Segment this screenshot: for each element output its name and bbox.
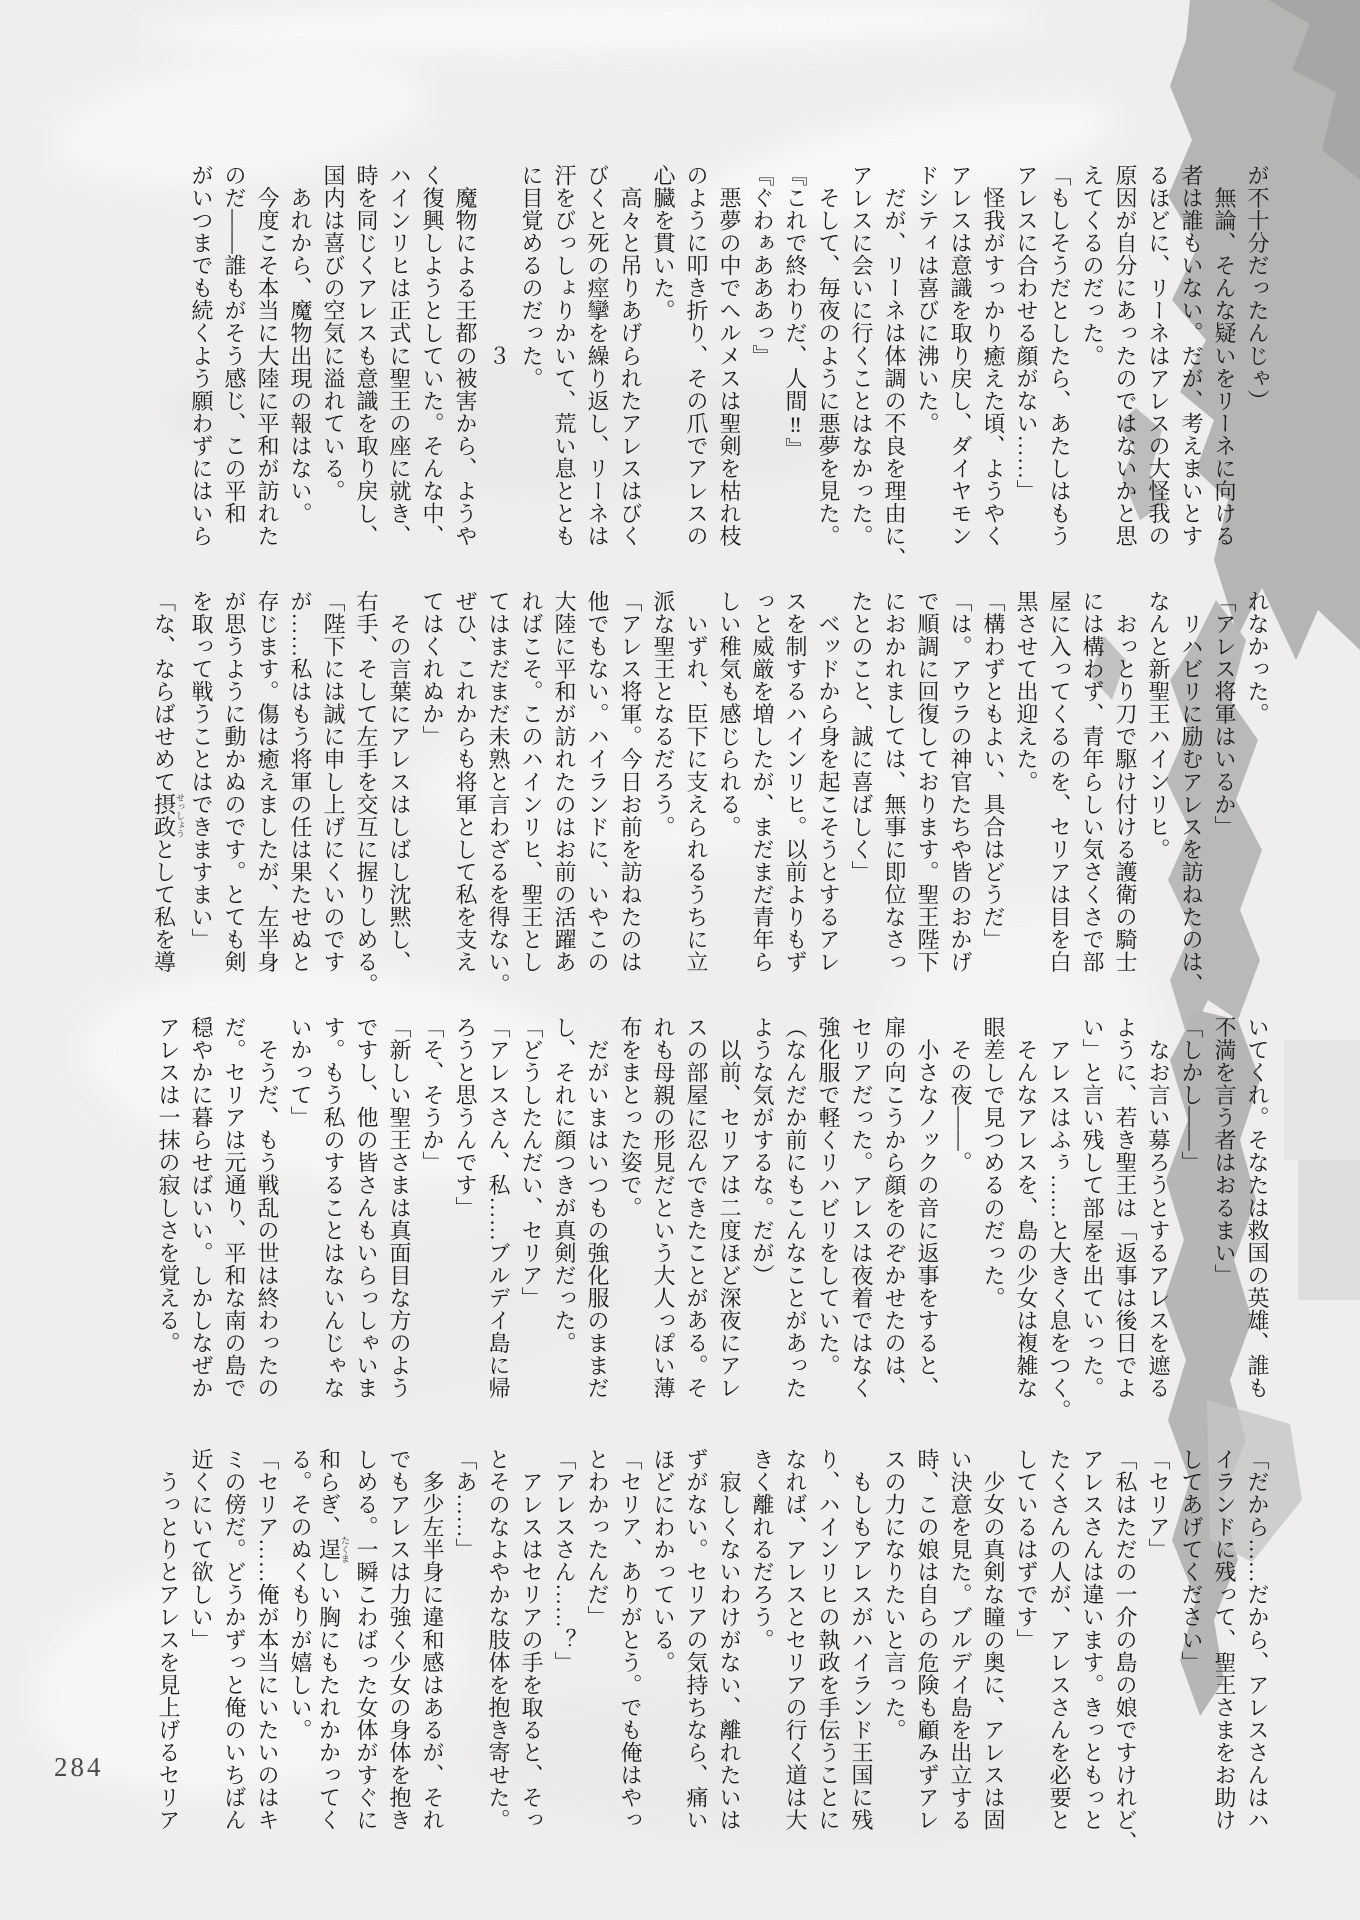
text-column: いずれ、臣下に支えられるうちに立 — [680, 590, 713, 972]
text-column: がいつまでも続くよう願わずにはいら — [185, 164, 218, 546]
text-column: 原因が自分にあったのではないかと思 — [1109, 164, 1142, 546]
text-column: 「陛下には誠に申し上げにくいのです — [317, 590, 350, 972]
text-column: 「構わずともよい、具合はどうだ」 — [977, 590, 1010, 972]
text-column: 「もしそうだとしたら、あたしはもう — [1043, 164, 1076, 546]
text-column: セリアだった。アレスは夜着ではなく — [845, 1016, 878, 1398]
text-column: が……私はもう将軍の任は果たせぬと — [284, 590, 317, 972]
text-column: ずがない。セリアの気持ちなら、痛い — [680, 1448, 713, 1830]
text-column: アレスに会いに行くことはなかった。 — [845, 164, 878, 546]
text-column: だがいまはいつもの強化服のままだ — [581, 1016, 614, 1398]
text-column: い」と言い残して部屋を出ていった。 — [1076, 1016, 1109, 1398]
text-column: 「私はただの一介の島の娘ですけれど、 — [1109, 1448, 1142, 1830]
text-band-3: いてくれ。そなたは救国の英雄、誰も不満を言う者はおるまい」「しかし――」 なお言… — [152, 1016, 1274, 1398]
text-column: 眼差しで見つめるのだった。 — [977, 1016, 1010, 1398]
text-column: 「そ、そうか」 — [416, 1016, 449, 1398]
text-column: 「セリア……俺が本当にいたいのはキ — [251, 1448, 284, 1830]
text-column: （なんだか前にもこんなことがあった — [779, 1016, 812, 1398]
text-column: い決意を見た。ブルデイ島を出立する — [944, 1448, 977, 1830]
text-column: ３ — [482, 164, 515, 546]
text-column: スの力になりたいと言った。 — [878, 1448, 911, 1830]
text-column: なんと新聖王ハインリヒ。 — [1142, 590, 1175, 972]
text-column: してあげてください」 — [1175, 1448, 1208, 1830]
text-column: きく離れるだろう。 — [746, 1448, 779, 1830]
text-column: イランドに残って、聖王さまをお助け — [1208, 1448, 1241, 1830]
text-column: だ。セリアは元通り、平和な南の島で — [218, 1016, 251, 1398]
text-column: ミの傍だ。どうかずっと俺のいちばん — [218, 1448, 251, 1830]
text-column: ように、若き聖王は「返事は後日でよ — [1109, 1016, 1142, 1398]
text-column: 魔物による王都の被害から、ようや — [449, 164, 482, 546]
text-column: ればこそ。このハインリヒ、聖王とし — [515, 590, 548, 972]
text-column: スを制するハインリヒ。以前よりもず — [779, 590, 812, 972]
text-column: アレスに合わせる顔がない……」 — [1010, 164, 1043, 546]
text-column: そうだ、もう戦乱の世は終わったの — [251, 1016, 284, 1398]
text-column: り、ハインリヒの執政を手伝うことに — [812, 1448, 845, 1830]
text-column: その言葉にアレスはしばし沈黙し、 — [383, 590, 416, 972]
text-band-2: れなかった。「アレス将軍はいるか」 リハビリに励むアレスを訪ねたのは、なんと新聖… — [152, 590, 1274, 972]
text-column: 近くにいて欲しい」 — [185, 1448, 218, 1830]
text-column: 多少左半身に違和感はあるが、それ — [416, 1448, 449, 1830]
text-column: 「な、ならばせめて摂政せっしょうとして私を導 — [152, 590, 185, 972]
text-column: っと威厳を増したが、まだまだ青年ら — [746, 590, 779, 972]
text-column: しい稚気も感じられる。 — [713, 590, 746, 972]
text-column: アレスさんは違います。きっともっと — [1076, 1448, 1109, 1830]
text-column: とわかったんだ」 — [581, 1448, 614, 1830]
text-column: 以前、セリアは二度ほど深夜にアレ — [713, 1016, 746, 1398]
text-column: 「は。アウラの神官たちや皆のおかげ — [944, 590, 977, 972]
text-column: 汗をびっしょりかいて、荒い息ととも — [548, 164, 581, 546]
text-column: で順調に回復しております。聖王陛下 — [911, 590, 944, 972]
text-column: リハビリに励むアレスを訪ねたのは、 — [1175, 590, 1208, 972]
text-band-4: 「だから……だから、アレスさんはハイランドに残って、聖王さまをお助けしてあげてく… — [152, 1448, 1274, 1830]
text-column: 存じます。傷は癒えましたが、左半身 — [251, 590, 284, 972]
text-column: 右手、そして左手を交互に握りしめる。 — [350, 590, 383, 972]
book-page: が不十分だったんじゃ） 無論、そんな疑いをリーネに向ける者は誰もいない。だが、考… — [0, 0, 1360, 1920]
text-column: しているはずです」 — [1010, 1448, 1043, 1830]
text-column: たとのこと、誠に喜ばしく」 — [845, 590, 878, 972]
text-column: アレスは一抹の寂しさを覚える。 — [152, 1016, 185, 1398]
text-column: 大陸に平和が訪れたのはお前の活躍あ — [548, 590, 581, 972]
text-column: 小さなノックの音に返事をすると、 — [911, 1016, 944, 1398]
text-column: に目覚めるのだった。 — [515, 164, 548, 546]
text-column: ろうと思うんです」 — [449, 1016, 482, 1398]
text-column: れも母親の形見だという大人っぽい薄 — [647, 1016, 680, 1398]
text-column: その夜――。 — [944, 1016, 977, 1398]
text-column: 他でもない。ハイランドに、いやこの — [581, 590, 614, 972]
text-column: 今度こそ本当に大陸に平和が訪れた — [251, 164, 284, 546]
text-column: 黒させて出迎えた。 — [1010, 590, 1043, 972]
text-column: 屋に入ってくるのを、セリアは目を白 — [1043, 590, 1076, 972]
text-column: 「どうしたんだい、セリア」 — [515, 1016, 548, 1398]
text-column: 無論、そんな疑いをリーネに向ける — [1208, 164, 1241, 546]
text-column: 時、この娘は自らの危険も顧みずアレ — [911, 1448, 944, 1830]
text-column: るほどに、リーネはアレスの大怪我の — [1142, 164, 1175, 546]
text-column: 『ぐわぁあああっ』 — [746, 164, 779, 546]
text-column: 不満を言う者はおるまい」 — [1208, 1016, 1241, 1398]
text-column: いかって」 — [284, 1016, 317, 1398]
text-column: ような気がするな。だが） — [746, 1016, 779, 1398]
text-column: 「だから……だから、アレスさんはハ — [1241, 1448, 1274, 1830]
text-column: なお言い募ろうとするアレスを遮る — [1142, 1016, 1175, 1398]
text-column: のように叩き折り、その爪でアレスの — [680, 164, 713, 546]
text-column: てはまだまだ未熟と言わざるを得ない。 — [482, 590, 515, 972]
text-column: おっとり刀で駆け付ける護衛の騎士 — [1109, 590, 1142, 972]
page-number: 284 — [54, 1752, 104, 1783]
text-column: し、それに顔つきが真剣だった。 — [548, 1016, 581, 1398]
text-column: ベッドから身を起こそうとするアレ — [812, 590, 845, 972]
text-column: が思うように動かぬのです。とても剣 — [218, 590, 251, 972]
text-column: うっとりとアレスを見上げるセリア — [152, 1448, 185, 1830]
text-band-1: が不十分だったんじゃ） 無論、そんな疑いをリーネに向ける者は誰もいない。だが、考… — [185, 164, 1274, 546]
text-column: いてくれ。そなたは救国の英雄、誰も — [1241, 1016, 1274, 1398]
text-column: におかれましては、無事に即位なさっ — [878, 590, 911, 972]
text-column: 高々と吊りあげられたアレスはびく — [614, 164, 647, 546]
text-column: てはくれぬか」 — [416, 590, 449, 972]
text-column: そんなアレスを、島の少女は複雑な — [1010, 1016, 1043, 1398]
text-column: 「セリア」 — [1142, 1448, 1175, 1830]
text-column: 布をまとった姿で。 — [614, 1016, 647, 1398]
text-column: だが、リーネは体調の不良を理由に、 — [878, 164, 911, 546]
text-column: えてくるのだった。 — [1076, 164, 1109, 546]
text-column: 「アレスさん、私……ブルデイ島に帰 — [482, 1016, 515, 1398]
text-layer: が不十分だったんじゃ） 無論、そんな疑いをリーネに向ける者は誰もいない。だが、考… — [0, 0, 1360, 1920]
text-column: 「新しい聖王さまは真面目な方のよう — [383, 1016, 416, 1398]
text-column: でもアレスは力強く少女の身体を抱き — [383, 1448, 416, 1830]
text-column: なれば、アレスとセリアの行く道は大 — [779, 1448, 812, 1830]
text-column: 少女の真剣な瞳の奥に、アレスは固 — [977, 1448, 1010, 1830]
text-column: ハインリヒは正式に聖王の座に就き、 — [383, 164, 416, 546]
text-column: そして、毎夜のように悪夢を見た。 — [812, 164, 845, 546]
text-column: 心臓を貫いた。 — [647, 164, 680, 546]
text-column: ほどにわかっている。 — [647, 1448, 680, 1830]
text-column: く復興しようとしていた。そんな中、 — [416, 164, 449, 546]
text-column: 者は誰もいない。だが、考えまいとす — [1175, 164, 1208, 546]
text-column: す。もう私のすることはないんじゃな — [317, 1016, 350, 1398]
text-column: が不十分だったんじゃ） — [1241, 164, 1274, 546]
text-column: れなかった。 — [1241, 590, 1274, 972]
text-column: 『これで終わりだ、人間‼』 — [779, 164, 812, 546]
text-column: 時を同じくアレスも意識を取り戻し、 — [350, 164, 383, 546]
text-column: しめる。一瞬こわばった女体がすぐに — [350, 1448, 383, 1830]
text-column: 「アレス将軍はいるか」 — [1208, 590, 1241, 972]
text-column: たくさんの人が、アレスさんを必要と — [1043, 1448, 1076, 1830]
text-column: 悪夢の中でヘルメスは聖剣を枯れ枝 — [713, 164, 746, 546]
text-column: 強化服で軽くリハビリをしていた。 — [812, 1016, 845, 1398]
text-column: スの部屋に忍んできたことがある。そ — [680, 1016, 713, 1398]
text-column: 扉の向こうから顔をのぞかせたのは、 — [878, 1016, 911, 1398]
text-column: には構わず、青年らしい気さくさで部 — [1076, 590, 1109, 972]
text-column: を取って戦うことはできますまい」 — [185, 590, 218, 972]
text-column: ドシティは喜びに沸いた。 — [911, 164, 944, 546]
text-column: あれから、魔物出現の報はない。 — [284, 164, 317, 546]
text-column: びくと死の痙攣を繰り返し、リーネは — [581, 164, 614, 546]
text-column: のだ――誰もがそう感じ、この平和 — [218, 164, 251, 546]
text-column: 寂しくないわけがない、離れたいは — [713, 1448, 746, 1830]
text-column: 「しかし――」 — [1175, 1016, 1208, 1398]
text-column: 穏やかに暮らせばいい。しかしなぜか — [185, 1016, 218, 1398]
text-column: アレスはふぅ……と大きく息をつく。 — [1043, 1016, 1076, 1398]
text-column: 派な聖王となるだろう。 — [647, 590, 680, 972]
text-column: 国内は喜びの空気に溢れている。 — [317, 164, 350, 546]
text-column: アレスはセリアの手を取ると、そっ — [515, 1448, 548, 1830]
text-column: ですし、他の皆さんもいらっしゃいま — [350, 1016, 383, 1398]
text-column: もしもアレスがハイランド王国に残 — [845, 1448, 878, 1830]
text-column: 「あ……」 — [449, 1448, 482, 1830]
text-column: とそのなよやかな肢体を抱き寄せた。 — [482, 1448, 515, 1830]
text-column: 「アレスさん……？」 — [548, 1448, 581, 1830]
text-column: 怪我がすっかり癒えた頃、ようやく — [977, 164, 1010, 546]
text-column: 「セリア、ありがとう。でも俺はやっ — [614, 1448, 647, 1830]
text-column: ぜひ、これからも将軍として私を支え — [449, 590, 482, 972]
text-column: 和らぎ、逞たくましい胸にもたれかかってく — [317, 1448, 350, 1830]
text-column: 「アレス将軍。今日お前を訪ねたのは — [614, 590, 647, 972]
text-column: アレスは意識を取り戻し、ダイヤモン — [944, 164, 977, 546]
